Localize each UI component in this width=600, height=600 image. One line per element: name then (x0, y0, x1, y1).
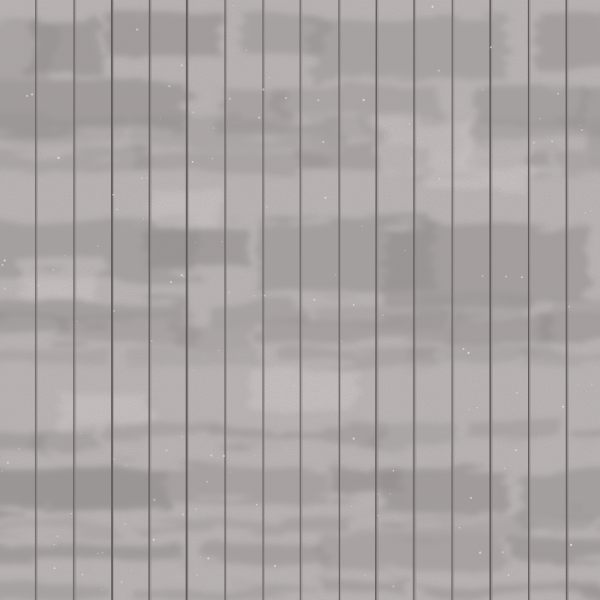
stone-texture-image (0, 0, 600, 600)
texture-canvas (0, 0, 600, 600)
